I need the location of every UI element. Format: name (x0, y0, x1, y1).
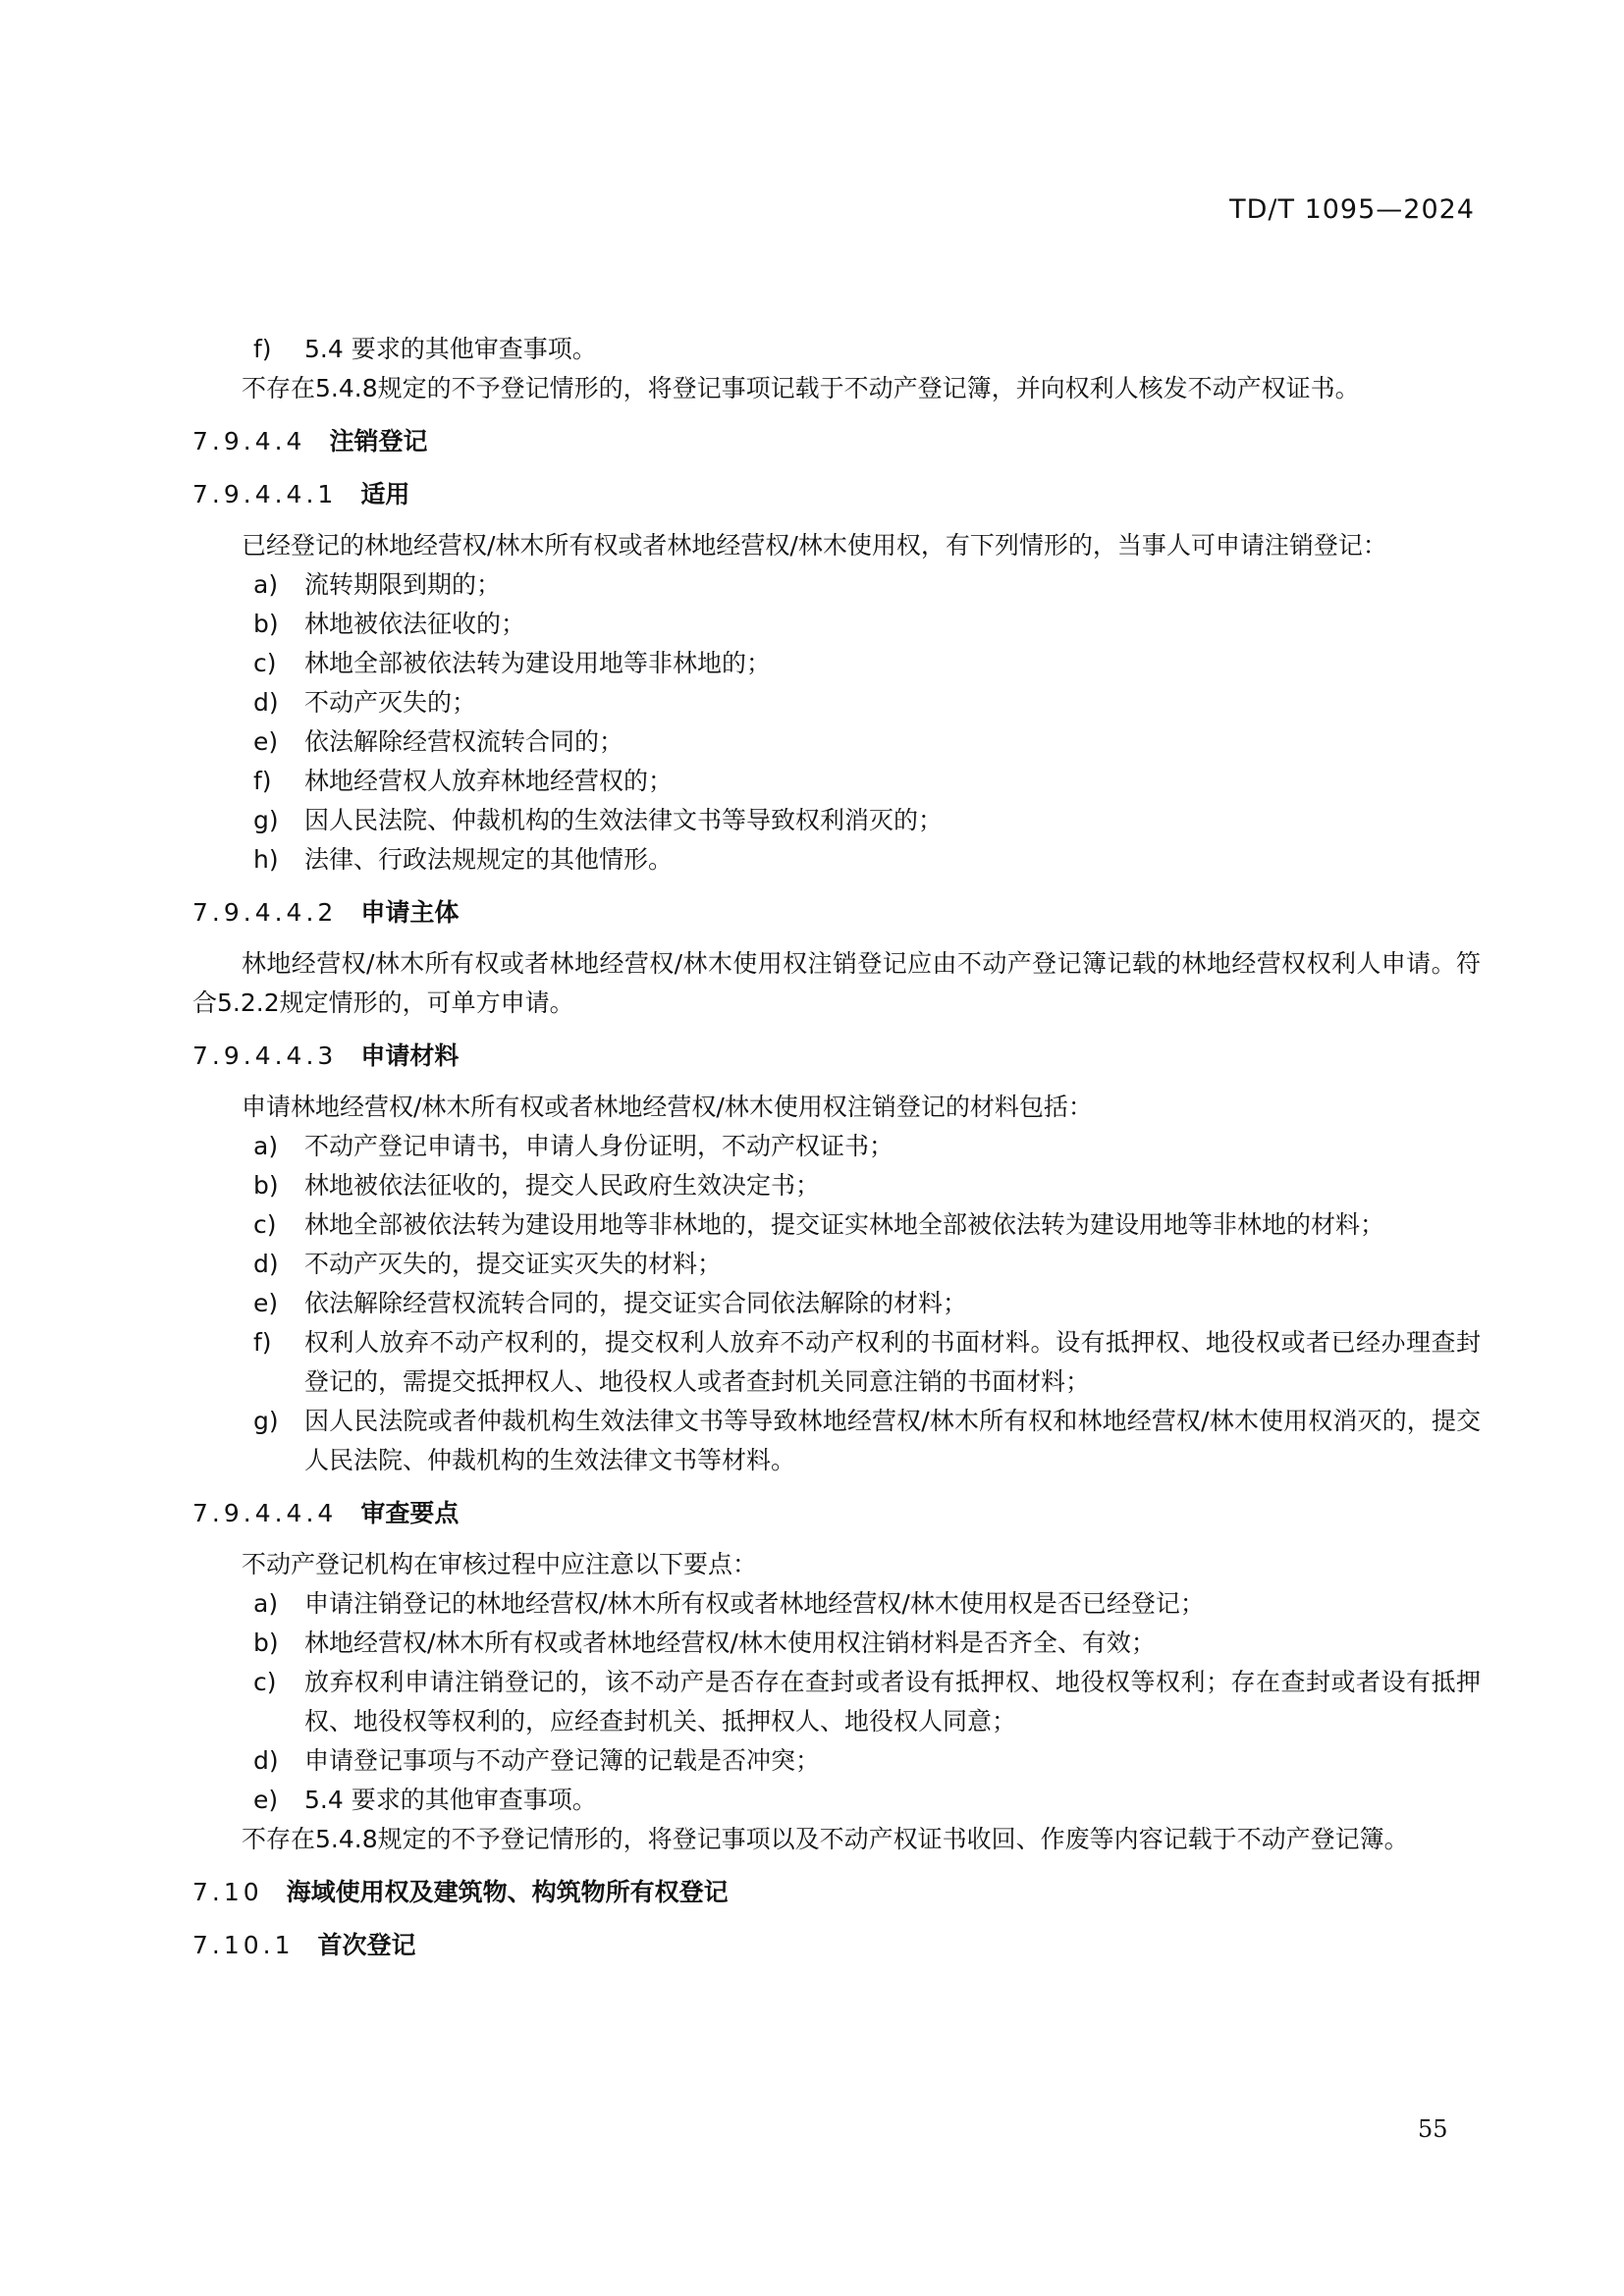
list-item: b)林地被依法征收的，提交人民政府生效决定书； (192, 1166, 1481, 1205)
list-text: 依法解除经营权流转合同的，提交证实合同依法解除的材料； (304, 1284, 1481, 1323)
list-item: c)林地全部被依法转为建设用地等非林地的，提交证实林地全部被依法转为建设用地等非… (192, 1205, 1481, 1245)
list-marker: f) (253, 330, 304, 369)
list-marker: f) (253, 1323, 304, 1402)
section-heading-7-9-4-4: 7.9.4.4注销登记 (192, 422, 1481, 461)
list-text: 林地经营权/林木所有权或者林地经营权/林木使用权注销材料是否齐全、有效； (304, 1624, 1481, 1663)
list-item: e)依法解除经营权流转合同的，提交证实合同依法解除的材料； (192, 1284, 1481, 1323)
list-text: 依法解除经营权流转合同的； (304, 722, 1481, 762)
list-marker: a) (253, 1127, 304, 1166)
list-item: c)放弃权利申请注销登记的，该不动产是否存在查封或者设有抵押权、地役权等权利；存… (192, 1663, 1481, 1741)
section-title: 首次登记 (318, 1931, 416, 1959)
section-number: 7.9.4.4.3 (192, 1037, 337, 1076)
intro-paragraph: 已经登记的林地经营权/林木所有权或者林地经营权/林木使用权，有下列情形的，当事人… (192, 526, 1481, 565)
review-points-list: a)申请注销登记的林地经营权/林木所有权或者林地经营权/林木使用权是否已经登记；… (192, 1584, 1481, 1820)
list-text: 林地经营权人放弃林地经营权的； (304, 762, 1481, 801)
list-item: d)不动产灭失的，提交证实灭失的材料； (192, 1245, 1481, 1284)
list-item: a)流转期限到期的； (192, 565, 1481, 605)
section-title: 适用 (360, 480, 409, 508)
application-materials-list: a)不动产登记申请书，申请人身份证明，不动产权证书； b)林地被依法征收的，提交… (192, 1127, 1481, 1480)
list-text: 流转期限到期的； (304, 565, 1481, 605)
list-item: f) 5.4 要求的其他审查事项。 (192, 330, 1481, 369)
list-item: d)不动产灭失的； (192, 683, 1481, 722)
list-item: e)5.4 要求的其他审查事项。 (192, 1781, 1481, 1820)
list-item: b)林地被依法征收的； (192, 605, 1481, 644)
list-text: 不动产灭失的； (304, 683, 1481, 722)
list-item: a)申请注销登记的林地经营权/林木所有权或者林地经营权/林木使用权是否已经登记； (192, 1584, 1481, 1624)
document-body: f) 5.4 要求的其他审查事项。 不存在5.4.8规定的不予登记情形的，将登记… (192, 330, 1481, 1977)
list-item: e)依法解除经营权流转合同的； (192, 722, 1481, 762)
list-item: g)因人民法院、仲裁机构的生效法律文书等导致权利消灭的； (192, 801, 1481, 840)
list-marker: c) (253, 644, 304, 683)
list-text: 不动产登记申请书，申请人身份证明，不动产权证书； (304, 1127, 1481, 1166)
list-marker: d) (253, 683, 304, 722)
section-number: 7.10.1 (192, 1926, 295, 1965)
section-heading-7-10-1: 7.10.1首次登记 (192, 1926, 1481, 1965)
list-marker: a) (253, 565, 304, 605)
section-title: 注销登记 (329, 427, 427, 455)
section-number: 7.9.4.4.2 (192, 893, 337, 933)
section-heading-7-9-4-4-1: 7.9.4.4.1适用 (192, 475, 1481, 514)
section-heading-7-9-4-4-4: 7.9.4.4.4审查要点 (192, 1494, 1481, 1533)
list-marker: c) (253, 1663, 304, 1741)
list-marker: d) (253, 1245, 304, 1284)
list-marker: a) (253, 1584, 304, 1624)
section-number: 7.9.4.4.1 (192, 475, 337, 514)
list-marker: e) (253, 1781, 304, 1820)
section-heading-7-9-4-4-2: 7.9.4.4.2申请主体 (192, 893, 1481, 933)
intro-paragraph: 不动产登记机构在审核过程中应注意以下要点： (192, 1545, 1481, 1584)
closing-paragraph: 不存在5.4.8规定的不予登记情形的，将登记事项记载于不动产登记簿，并向权利人核… (192, 369, 1481, 408)
list-text: 5.4 要求的其他审查事项。 (304, 1781, 1481, 1820)
list-text: 5.4 要求的其他审查事项。 (304, 330, 1481, 369)
page-number: 55 (1418, 2115, 1448, 2143)
list-item: h)法律、行政法规规定的其他情形。 (192, 840, 1481, 880)
list-text: 因人民法院、仲裁机构的生效法律文书等导致权利消灭的； (304, 801, 1481, 840)
list-item: d)申请登记事项与不动产登记簿的记载是否冲突； (192, 1741, 1481, 1781)
list-text: 权利人放弃不动产权利的，提交权利人放弃不动产权利的书面材料。设有抵押权、地役权或… (304, 1323, 1481, 1402)
list-text: 放弃权利申请注销登记的，该不动产是否存在查封或者设有抵押权、地役权等权利；存在查… (304, 1663, 1481, 1741)
closing-paragraph: 不存在5.4.8规定的不予登记情形的，将登记事项以及不动产权证书收回、作废等内容… (192, 1820, 1481, 1859)
list-item: f)权利人放弃不动产权利的，提交权利人放弃不动产权利的书面材料。设有抵押权、地役… (192, 1323, 1481, 1402)
list-text: 林地全部被依法转为建设用地等非林地的，提交证实林地全部被依法转为建设用地等非林地… (304, 1205, 1481, 1245)
section-title: 申请主体 (360, 898, 459, 927)
list-marker: h) (253, 840, 304, 880)
list-marker: b) (253, 1624, 304, 1663)
section-title: 申请材料 (360, 1041, 459, 1070)
list-text: 申请登记事项与不动产登记簿的记载是否冲突； (304, 1741, 1481, 1781)
section-number: 7.9.4.4.4 (192, 1494, 337, 1533)
list-marker: b) (253, 605, 304, 644)
list-text: 因人民法院或者仲裁机构生效法律文书等导致林地经营权/林木所有权和林地经营权/林木… (304, 1402, 1481, 1480)
list-marker: g) (253, 801, 304, 840)
section-number: 7.9.4.4 (192, 422, 305, 461)
list-marker: f) (253, 762, 304, 801)
list-text: 不动产灭失的，提交证实灭失的材料； (304, 1245, 1481, 1284)
standard-code-header: TD/T 1095—2024 (1229, 194, 1475, 225)
list-item: b)林地经营权/林木所有权或者林地经营权/林木使用权注销材料是否齐全、有效； (192, 1624, 1481, 1663)
section-heading-7-10: 7.10海域使用权及建筑物、构筑物所有权登记 (192, 1873, 1481, 1912)
list-text: 林地全部被依法转为建设用地等非林地的； (304, 644, 1481, 683)
section-heading-7-9-4-4-3: 7.9.4.4.3申请材料 (192, 1037, 1481, 1076)
list-item: a)不动产登记申请书，申请人身份证明，不动产权证书； (192, 1127, 1481, 1166)
intro-paragraph: 申请林地经营权/林木所有权或者林地经营权/林木使用权注销登记的材料包括： (192, 1088, 1481, 1127)
list-item: f)林地经营权人放弃林地经营权的； (192, 762, 1481, 801)
applicable-cases-list: a)流转期限到期的； b)林地被依法征收的； c)林地全部被依法转为建设用地等非… (192, 565, 1481, 880)
body-paragraph: 林地经营权/林木所有权或者林地经营权/林木使用权注销登记应由不动产登记簿记载的林… (192, 944, 1481, 1023)
list-marker: d) (253, 1741, 304, 1781)
list-marker: c) (253, 1205, 304, 1245)
list-text: 林地被依法征收的，提交人民政府生效决定书； (304, 1166, 1481, 1205)
list-text: 林地被依法征收的； (304, 605, 1481, 644)
section-title: 审查要点 (360, 1499, 459, 1527)
list-marker: b) (253, 1166, 304, 1205)
list-marker: e) (253, 722, 304, 762)
list-item: g)因人民法院或者仲裁机构生效法律文书等导致林地经营权/林木所有权和林地经营权/… (192, 1402, 1481, 1480)
list-item: c)林地全部被依法转为建设用地等非林地的； (192, 644, 1481, 683)
list-marker: g) (253, 1402, 304, 1480)
list-text: 申请注销登记的林地经营权/林木所有权或者林地经营权/林木使用权是否已经登记； (304, 1584, 1481, 1624)
section-title: 海域使用权及建筑物、构筑物所有权登记 (287, 1878, 729, 1906)
list-text: 法律、行政法规规定的其他情形。 (304, 840, 1481, 880)
list-marker: e) (253, 1284, 304, 1323)
previous-review-list: f) 5.4 要求的其他审查事项。 (192, 330, 1481, 369)
section-number: 7.10 (192, 1873, 263, 1912)
